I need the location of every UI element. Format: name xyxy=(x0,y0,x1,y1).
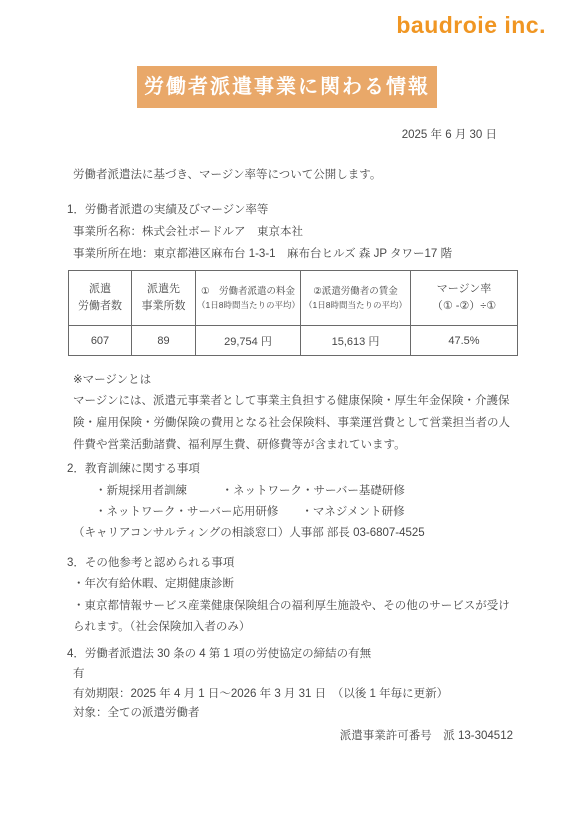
header-dispatch-worker-count: 派遣 労働者数 xyxy=(69,271,132,326)
cell-dispatch-fee: 29,754 円 xyxy=(196,326,301,356)
header-line: （1日8時間当たりの平均） xyxy=(302,299,409,312)
career-consulting-contact: （キャリアコンサルティングの相談窓口）人事部 部長 03-6807-4525 xyxy=(73,525,425,541)
header-line: ②派遣労働者の賃金 xyxy=(302,285,409,299)
other-item: ・東京都情報サービス産業健康保険組合の福利厚生施設や、その他のサービスが受けられ… xyxy=(73,596,516,638)
training-list-line: ・ネットワーク・サーバー応用研修 ・マネジメント研修 xyxy=(95,504,405,520)
header-line: 派遣 xyxy=(70,281,130,298)
section-3-heading: 3．その他参考と認められる事項 xyxy=(67,555,234,571)
header-line: （① -②）÷① xyxy=(412,298,516,315)
table-header-row: 派遣 労働者数 派遣先 事業所数 ① 労働者派遣の料金 （1日8時間当たりの平均… xyxy=(69,271,518,326)
margin-note-title: ※マージンとは xyxy=(73,372,151,388)
section-1-heading: 1．労働者派遣の実績及びマージン率等 xyxy=(67,202,268,218)
intro-text: 労働者派遣法に基づき、マージン率等について公開します。 xyxy=(73,167,381,183)
cell-worker-wage: 15,613 円 xyxy=(301,326,411,356)
header-line: 事業所数 xyxy=(133,298,194,315)
company-logo: baudroie inc. xyxy=(396,12,546,39)
header-worker-wage: ②派遣労働者の賃金 （1日8時間当たりの平均） xyxy=(301,271,411,326)
document-page: baudroie inc. 労働者派遣事業に関わる情報 2025 年 6 月 3… xyxy=(0,0,583,820)
training-list-line: ・新規採用者訓練 ・ネットワーク・サーバー基礎研修 xyxy=(95,483,405,499)
section-4-heading: 4．労働者派遣法 30 条の 4 第 1 項の労使協定の締結の有無 xyxy=(67,646,371,662)
agreement-answer: 有 xyxy=(73,666,85,682)
agreement-validity: 有効期限：2025 年 4 月 1 日～2026 年 3 月 31 日 （以後 … xyxy=(73,686,448,702)
header-line: マージン率 xyxy=(412,281,516,298)
header-line: 派遣先 xyxy=(133,281,194,298)
document-date: 2025 年 6 月 30 日 xyxy=(402,127,497,143)
header-line: （1日8時間当たりの平均） xyxy=(197,299,299,312)
header-line: ① 労働者派遣の料金 xyxy=(197,285,299,299)
cell-dispatch-worker-count: 607 xyxy=(69,326,132,356)
margin-rate-table: 派遣 労働者数 派遣先 事業所数 ① 労働者派遣の料金 （1日8時間当たりの平均… xyxy=(68,270,518,356)
page-title-banner: 労働者派遣事業に関わる情報 xyxy=(137,66,437,108)
header-client-office-count: 派遣先 事業所数 xyxy=(132,271,196,326)
agreement-target: 対象：全ての派遣労働者 xyxy=(73,705,200,721)
header-margin-rate: マージン率 （① -②）÷① xyxy=(411,271,518,326)
office-name: 事業所名称：株式会社ボードルア 東京本社 xyxy=(73,224,303,240)
dispatch-permit-number: 派遣事業許可番号 派 13-304512 xyxy=(340,727,513,743)
cell-client-office-count: 89 xyxy=(132,326,196,356)
office-address: 事業所所在地：東京都港区麻布台 1-3-1 麻布台ヒルズ 森 JP タワー17 … xyxy=(73,246,452,262)
margin-note-body: マージンには、派遣元事業者として事業主負担する健康保険・厚生年金保険・介護保険・… xyxy=(73,390,515,456)
section-2-heading: 2．教育訓練に関する事項 xyxy=(67,461,200,477)
header-line: 労働者数 xyxy=(70,298,130,315)
cell-margin-rate: 47.5% xyxy=(411,326,518,356)
table-row: 607 89 29,754 円 15,613 円 47.5% xyxy=(69,326,518,356)
header-dispatch-fee: ① 労働者派遣の料金 （1日8時間当たりの平均） xyxy=(196,271,301,326)
other-item: ・年次有給休暇、定期健康診断 xyxy=(73,576,234,592)
